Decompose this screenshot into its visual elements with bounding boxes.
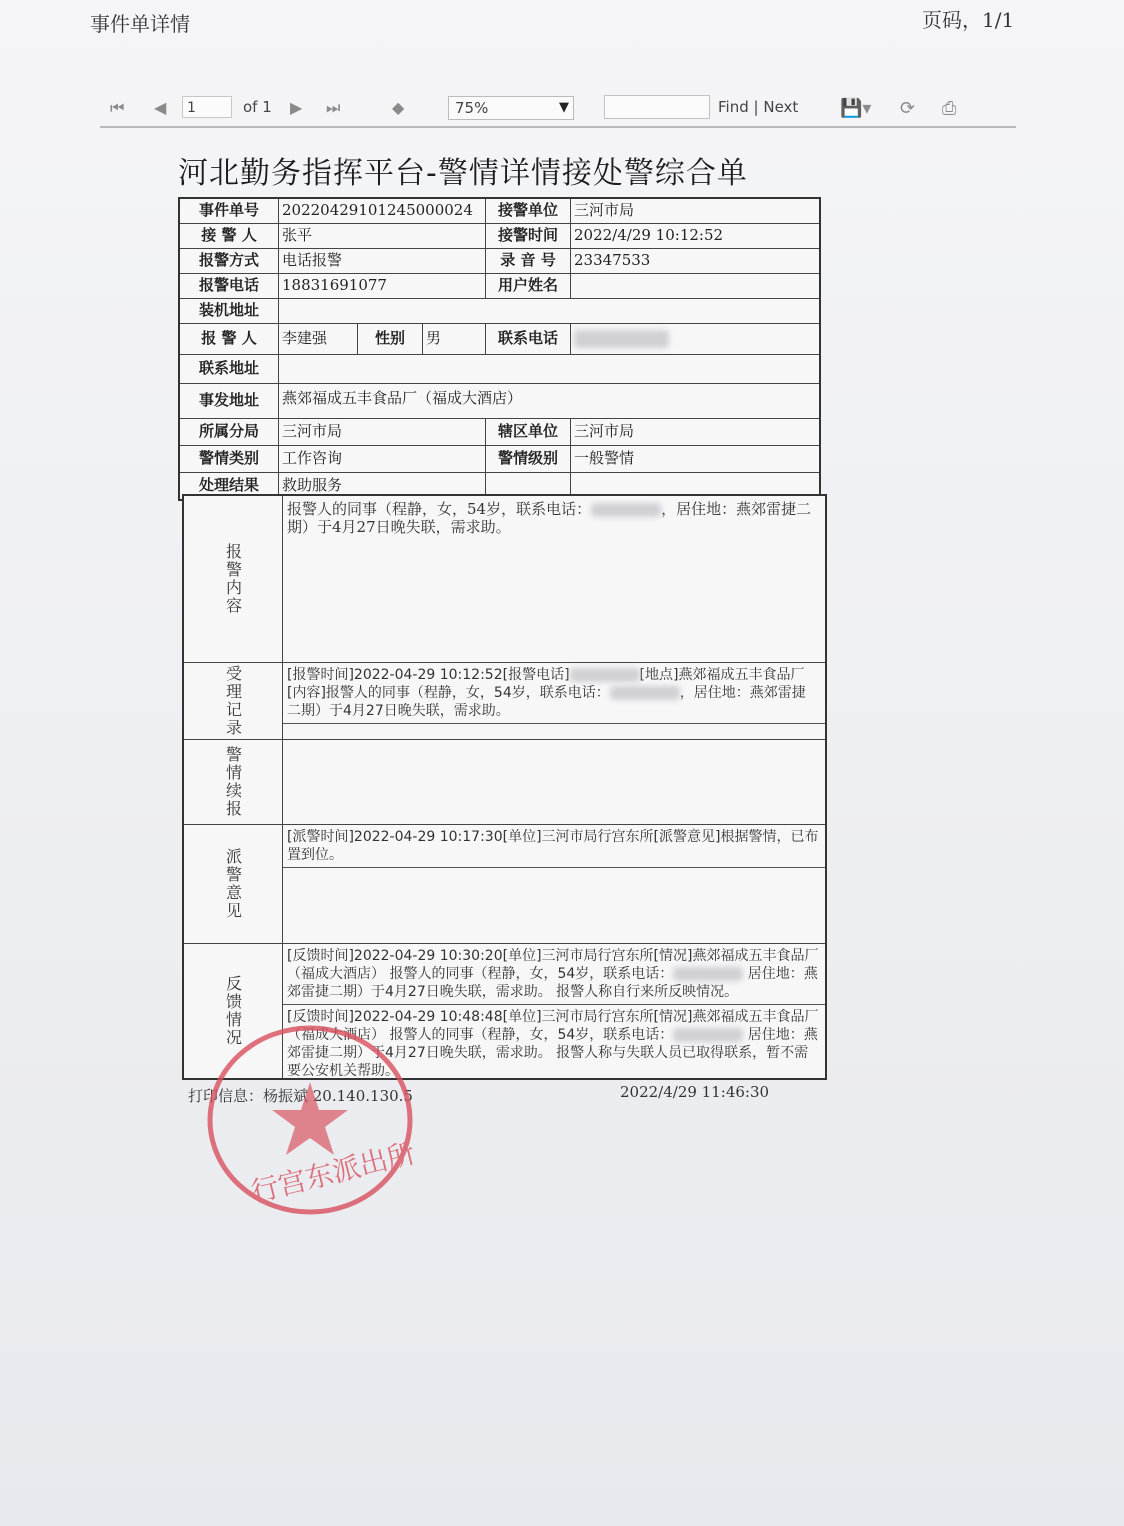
branch-value: 三河市局 [279,419,486,445]
contact-addr-label: 联系地址 [180,355,279,383]
contact-phone-label: 联系电话 [486,324,571,354]
page-count: of 1 [243,98,272,116]
svg-text:行宫东派出所: 行宫东派出所 [247,1136,418,1209]
record-no-label: 录 音 号 [486,249,571,273]
install-addr-label: 装机地址 [180,299,279,323]
find-link[interactable]: Find [718,98,749,116]
feedback-entry: [反馈时间]2022-04-29 10:48:48[单位]三河市局行宫东所[情况… [283,1005,825,1083]
dispatch-body: [派警时间]2022-04-29 10:17:30[单位]三河市局行宫东所[派警… [283,825,825,943]
receive-unit-label: 接警单位 [486,199,571,223]
feedback-entry: [反馈时间]2022-04-29 10:30:20[单位]三河市局行宫东所[情况… [283,944,825,1005]
gender-label: 性别 [358,324,423,354]
redacted-phone: xxxxxxxxxx [673,967,743,981]
chevron-down-icon: ▼ [559,97,569,119]
redacted-phone: xxxxxxxxxx [591,503,661,517]
redacted-phone: xxxxxxxxxx [610,686,680,700]
contact-addr-value [279,355,819,383]
prev-page-icon[interactable]: ◀ [154,98,166,117]
report-viewer-toolbar: ⏮ ◀ 1 of 1 ▶ ⏭ ◆ 75% ▼ Find | Next 💾▾ ⟳ … [100,92,1016,128]
report-method-label: 报警方式 [180,249,279,273]
jurisdiction-label: 辖区单位 [486,419,571,445]
dispatch-entry: [派警时间]2022-04-29 10:17:30[单位]三河市局行宫东所[派警… [283,825,825,868]
category-value: 工作咨询 [279,446,486,472]
receive-time-label: 接警时间 [486,224,571,248]
receiver-label: 接 警 人 [180,224,279,248]
contact-phone-value: [redacted] [571,324,819,354]
category-label: 警情类别 [180,446,279,472]
redacted-phone: xxxxxxxxxx [673,1028,743,1042]
page-indicator: 页码，1/1 [922,4,1014,33]
incident-info-table: 事件单号 20220429101245000024 接警单位 三河市局 接 警 … [178,197,821,501]
receive-unit-value: 三河市局 [571,199,819,223]
export-icon[interactable]: 💾▾ [840,98,871,119]
accept-record-label: 受理记录 [184,663,283,739]
level-label: 警情级别 [486,446,571,472]
refresh-icon[interactable]: ⟳ [900,98,915,119]
followup-body [283,740,825,824]
print-info: 打印信息：杨振斌 20.140.130.5 [188,1085,413,1106]
document-title: 河北勤务指挥平台-警情详情接处警综合单 [178,148,748,192]
feedback-body: [反馈时间]2022-04-29 10:30:20[单位]三河市局行宫东所[情况… [283,944,825,1078]
receiver-value: 张平 [279,224,486,248]
report-content-text: 报警人的同事（程静，女，54岁，联系电话：xxxxxxxxxx，居住地：燕郊雷捷… [283,496,825,539]
zoom-value: 75% [455,99,488,117]
separator: | [754,98,759,116]
jurisdiction-value: 三河市局 [571,419,819,445]
report-phone-value: 18831691077 [279,274,486,298]
page-number-input[interactable]: 1 [182,96,232,118]
accept-record-entry: [报警时间]2022-04-29 10:12:52[报警电话]xxxxxxxxx… [283,663,825,724]
user-name-value [571,274,819,298]
first-page-icon[interactable]: ⏮ [110,98,124,118]
report-phone-label: 报警电话 [180,274,279,298]
report-content-body: 报警人的同事（程静，女，54岁，联系电话：xxxxxxxxxx，居住地：燕郊雷捷… [283,496,825,662]
level-value: 一般警情 [571,446,819,472]
receive-time-value: 2022/4/29 10:12:52 [571,224,819,248]
last-page-icon[interactable]: ⏭ [326,98,340,118]
reporter-label: 报 警 人 [180,324,279,354]
event-no-value: 20220429101245000024 [279,199,486,223]
print-time: 2022/4/29 11:46:30 [620,1083,769,1101]
report-method-value: 电话报警 [279,249,486,273]
page-header-title: 事件单详情 [90,8,190,37]
followup-label: 警情续报 [184,740,283,824]
incident-addr-label: 事发地址 [180,384,279,418]
report-content-label: 报警内容 [184,496,283,662]
install-addr-value [279,299,819,323]
redacted-phone: xxxxxxxxxx [570,668,640,682]
back-icon[interactable]: ◆ [392,98,404,117]
event-no-label: 事件单号 [180,199,279,223]
next-link[interactable]: Next [763,98,798,116]
find-input[interactable] [604,95,710,119]
zoom-select[interactable]: 75% ▼ [448,96,574,120]
incident-addr-value: 燕郊福成五丰食品厂（福成大酒店） [279,384,819,418]
dispatch-label: 派警意见 [184,825,283,943]
accept-record-body: [报警时间]2022-04-29 10:12:52[报警电话]xxxxxxxxx… [283,663,825,739]
next-page-icon[interactable]: ▶ [290,98,302,117]
user-name-label: 用户姓名 [486,274,571,298]
branch-label: 所属分局 [180,419,279,445]
gender-value: 男 [423,324,486,354]
print-icon[interactable]: ⎙ [942,98,956,119]
feedback-label: 反馈情况 [184,944,283,1078]
record-no-value: 23347533 [571,249,819,273]
redacted-phone: [redacted] [574,330,669,348]
incident-detail-sections: 报警内容 报警人的同事（程静，女，54岁，联系电话：xxxxxxxxxx，居住地… [182,494,827,1080]
reporter-value: 李建强 [279,324,358,354]
